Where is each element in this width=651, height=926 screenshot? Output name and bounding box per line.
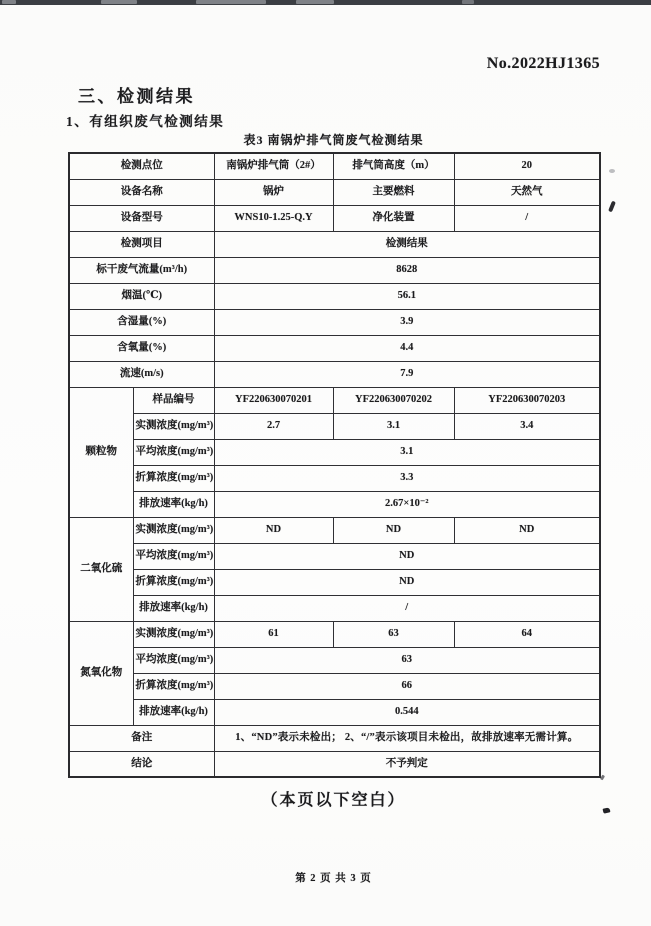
table-cell: ND bbox=[214, 543, 600, 569]
page-number-footer: 第 2 页 共 3 页 bbox=[68, 870, 599, 885]
table-row: 平均浓度(mg/m³)63 bbox=[69, 647, 600, 673]
table-cell: ND bbox=[333, 517, 454, 543]
table-cell: 检测项目 bbox=[69, 231, 214, 257]
blank-page-note: （本页以下空白） bbox=[68, 787, 599, 810]
table-row: 设备名称锅炉主要燃料天然气 bbox=[69, 179, 600, 205]
table-cell: 排放速率(kg/h) bbox=[133, 699, 214, 725]
table-row: 折算浓度(mg/m³)3.3 bbox=[69, 465, 600, 491]
table-row: 排放速率(kg/h)0.544 bbox=[69, 699, 600, 725]
table-cell: 氮氧化物 bbox=[69, 621, 133, 725]
scan-smudge bbox=[296, 0, 334, 4]
table-cell: YF220630070203 bbox=[454, 387, 600, 413]
table-cell: 流速(m/s) bbox=[69, 361, 214, 387]
table-cell: ND bbox=[454, 517, 600, 543]
table-cell: 设备型号 bbox=[69, 205, 214, 231]
table-row: 设备型号WNS10-1.25-Q.Y净化装置/ bbox=[69, 205, 600, 231]
scan-smudge bbox=[196, 0, 266, 4]
table-cell: 1、“ND”表示未检出； 2、“/”表示该项目未检出，故排放速率无需计算。 bbox=[214, 725, 600, 751]
table-cell: 锅炉 bbox=[214, 179, 333, 205]
table-cell: 3.3 bbox=[214, 465, 600, 491]
results-table-body: 检测点位南锅炉排气筒（2#）排气筒高度（m）20设备名称锅炉主要燃料天然气设备型… bbox=[69, 153, 600, 777]
table-cell: 主要燃料 bbox=[333, 179, 454, 205]
table-cell: 颗粒物 bbox=[69, 387, 133, 517]
table-cell: 结论 bbox=[69, 751, 214, 777]
scanned-report-page: { "page": { "doc_number": "No.2022HJ1365… bbox=[0, 0, 651, 926]
table-cell: 2.67×10⁻² bbox=[214, 491, 600, 517]
table-cell: 烟温(℃) bbox=[69, 283, 214, 309]
table-cell: 56.1 bbox=[214, 283, 600, 309]
table-row: 折算浓度(mg/m³)66 bbox=[69, 673, 600, 699]
table-cell: ND bbox=[214, 569, 600, 595]
table-cell: 66 bbox=[214, 673, 600, 699]
table-cell: 折算浓度(mg/m³) bbox=[133, 673, 214, 699]
table-cell: 实测浓度(mg/m³) bbox=[133, 517, 214, 543]
table-row: 烟温(℃)56.1 bbox=[69, 283, 600, 309]
scan-speck bbox=[609, 169, 615, 173]
table-row: 备注1、“ND”表示未检出； 2、“/”表示该项目未检出，故排放速率无需计算。 bbox=[69, 725, 600, 751]
table-cell: 天然气 bbox=[454, 179, 600, 205]
table-cell: 不予判定 bbox=[214, 751, 600, 777]
scan-speck bbox=[602, 807, 610, 814]
table-title: 表3 南锅炉排气筒废气检测结果 bbox=[68, 131, 599, 148]
table-cell: / bbox=[454, 205, 600, 231]
scan-speck bbox=[608, 201, 616, 213]
table-row: 检测点位南锅炉排气筒（2#）排气筒高度（m）20 bbox=[69, 153, 600, 179]
table-cell: WNS10-1.25-Q.Y bbox=[214, 205, 333, 231]
section-heading: 三、检测结果 bbox=[78, 82, 195, 107]
table-cell: 平均浓度(mg/m³) bbox=[133, 543, 214, 569]
table-cell: 3.4 bbox=[454, 413, 600, 439]
table-cell: 2.7 bbox=[214, 413, 333, 439]
table-row: 结论不予判定 bbox=[69, 751, 600, 777]
scan-artifact-strip bbox=[0, 0, 651, 5]
table-row: 平均浓度(mg/m³)3.1 bbox=[69, 439, 600, 465]
table-cell: 3.9 bbox=[214, 309, 600, 335]
table-row: 排放速率(kg/h)2.67×10⁻² bbox=[69, 491, 600, 517]
table-cell: 实测浓度(mg/m³) bbox=[133, 413, 214, 439]
table-cell: 实测浓度(mg/m³) bbox=[133, 621, 214, 647]
table-cell: 南锅炉排气筒（2#） bbox=[214, 153, 333, 179]
table-cell: 折算浓度(mg/m³) bbox=[133, 569, 214, 595]
table-cell: 7.9 bbox=[214, 361, 600, 387]
subsection-heading: 1、有组织废气检测结果 bbox=[66, 110, 224, 130]
table-cell: 净化装置 bbox=[333, 205, 454, 231]
scan-smudge bbox=[101, 0, 137, 4]
scan-speck bbox=[600, 775, 605, 781]
table-row: 排放速率(kg/h)/ bbox=[69, 595, 600, 621]
table-cell: 检测点位 bbox=[69, 153, 214, 179]
document-number: No.2022HJ1365 bbox=[300, 55, 600, 73]
table-cell: 63 bbox=[333, 621, 454, 647]
table-cell: 平均浓度(mg/m³) bbox=[133, 439, 214, 465]
table-row: 氮氧化物实测浓度(mg/m³)616364 bbox=[69, 621, 600, 647]
table-cell: 标干废气流量(m³/h) bbox=[69, 257, 214, 283]
table-row: 检测项目检测结果 bbox=[69, 231, 600, 257]
table-cell: 折算浓度(mg/m³) bbox=[133, 465, 214, 491]
table-cell: 平均浓度(mg/m³) bbox=[133, 647, 214, 673]
table-row: 二氧化硫实测浓度(mg/m³)NDNDND bbox=[69, 517, 600, 543]
table-cell: 4.4 bbox=[214, 335, 600, 361]
scan-smudge bbox=[462, 0, 474, 4]
table-cell: 设备名称 bbox=[69, 179, 214, 205]
table-row: 实测浓度(mg/m³)2.73.13.4 bbox=[69, 413, 600, 439]
table-row: 平均浓度(mg/m³)ND bbox=[69, 543, 600, 569]
table-cell: 0.544 bbox=[214, 699, 600, 725]
table-cell: 排放速率(kg/h) bbox=[133, 595, 214, 621]
table-cell: 63 bbox=[214, 647, 600, 673]
table-cell: ND bbox=[214, 517, 333, 543]
table-cell: 排气筒高度（m） bbox=[333, 153, 454, 179]
table-row: 含氧量(%)4.4 bbox=[69, 335, 600, 361]
table-cell: YF220630070202 bbox=[333, 387, 454, 413]
table-row: 颗粒物样品编号YF220630070201YF220630070202YF220… bbox=[69, 387, 600, 413]
table-cell: 样品编号 bbox=[133, 387, 214, 413]
scan-smudge bbox=[2, 0, 16, 4]
table-cell: 61 bbox=[214, 621, 333, 647]
table-row: 流速(m/s)7.9 bbox=[69, 361, 600, 387]
table-row: 折算浓度(mg/m³)ND bbox=[69, 569, 600, 595]
table-cell: 64 bbox=[454, 621, 600, 647]
table-cell: / bbox=[214, 595, 600, 621]
table-row: 标干废气流量(m³/h)8628 bbox=[69, 257, 600, 283]
table-cell: 3.1 bbox=[333, 413, 454, 439]
table-cell: 含湿量(%) bbox=[69, 309, 214, 335]
table-cell: 二氧化硫 bbox=[69, 517, 133, 621]
table-cell: 检测结果 bbox=[214, 231, 600, 257]
table-cell: 3.1 bbox=[214, 439, 600, 465]
results-table: 检测点位南锅炉排气筒（2#）排气筒高度（m）20设备名称锅炉主要燃料天然气设备型… bbox=[68, 152, 601, 778]
table-cell: 20 bbox=[454, 153, 600, 179]
table-row: 含湿量(%)3.9 bbox=[69, 309, 600, 335]
table-cell: 排放速率(kg/h) bbox=[133, 491, 214, 517]
table-cell: YF220630070201 bbox=[214, 387, 333, 413]
table-cell: 备注 bbox=[69, 725, 214, 751]
table-cell: 含氧量(%) bbox=[69, 335, 214, 361]
table-cell: 8628 bbox=[214, 257, 600, 283]
